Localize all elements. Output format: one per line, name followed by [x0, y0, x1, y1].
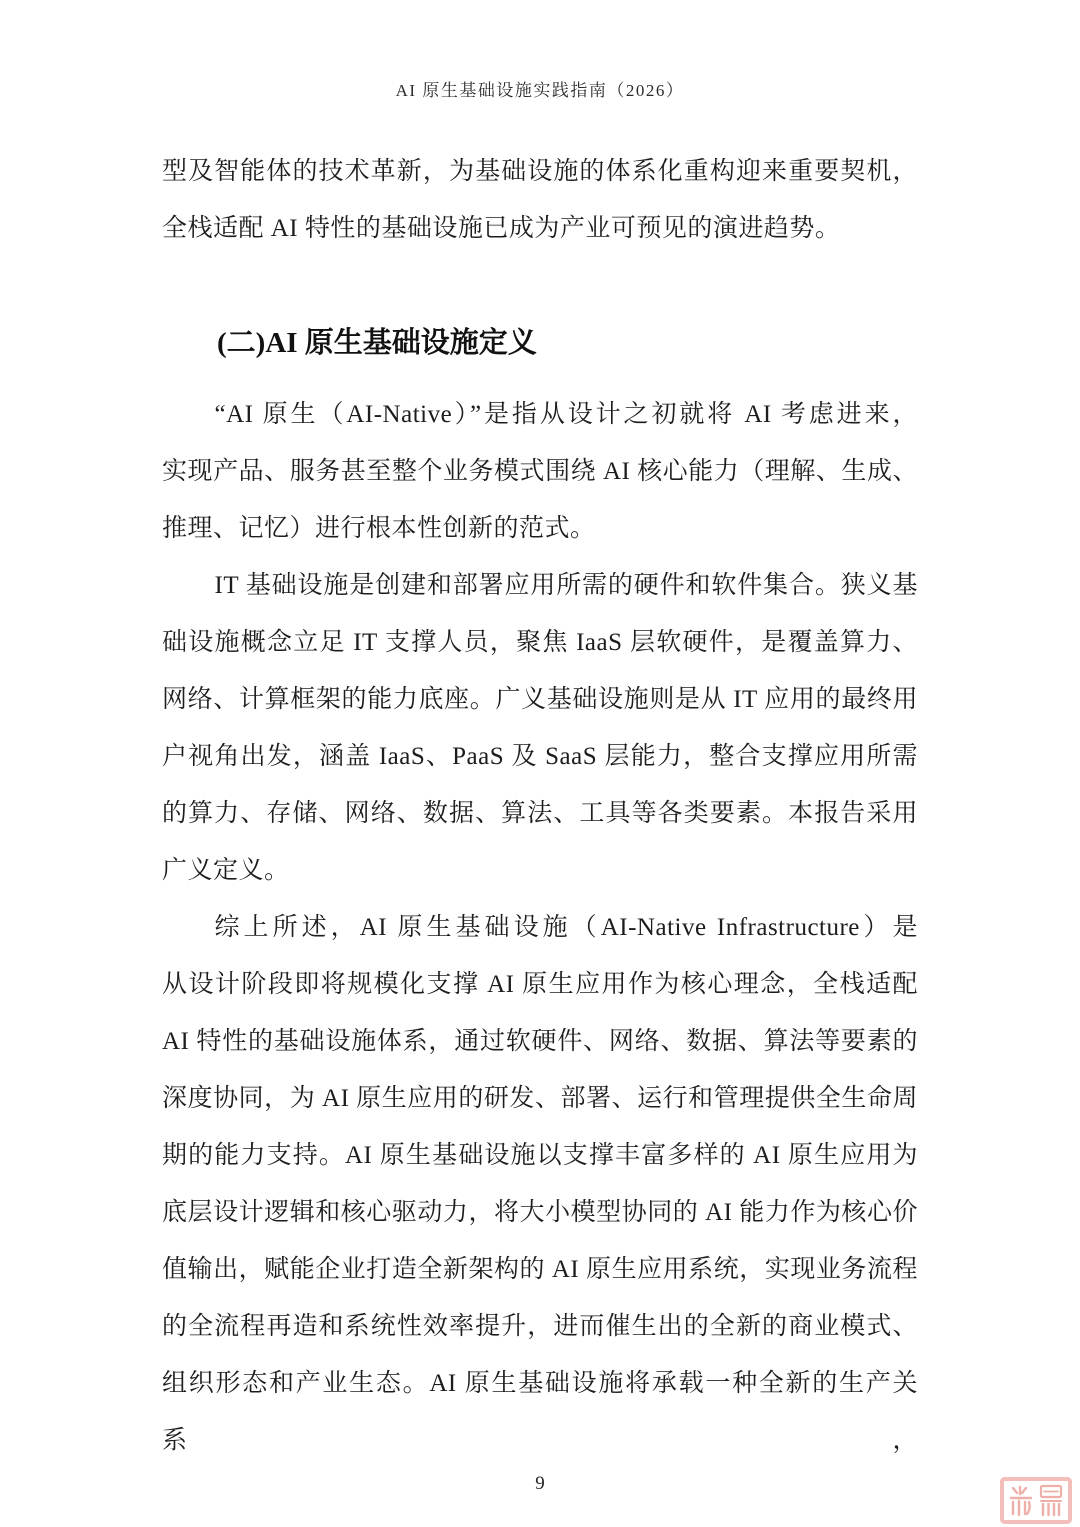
- text-line: 的全流程再造和系统性效率提升，进而催生出的全新的商业模式、: [162, 1298, 918, 1355]
- text-line: 期的能力支持。AI 原生基础设施以支撑丰富多样的 AI 原生应用为: [162, 1127, 918, 1184]
- text-line: 深度协同，为 AI 原生应用的研发、部署、运行和管理提供全生命周: [162, 1070, 918, 1127]
- document-content: 型及智能体的技术革新，为基础设施的体系化重构迎来重要契机，全栈适配 AI 特性的…: [162, 143, 918, 1469]
- text-line: 的算力、存储、网络、数据、算法、工具等各类要素。本报告采用: [162, 785, 918, 842]
- page-number: 9: [0, 1471, 1080, 1497]
- text-line: AI 特性的基础设施体系，通过软硬件、网络、数据、算法等要素的: [162, 1013, 918, 1070]
- paragraph: “AI 原生（AI-Native）”是指从设计之初就将 AI 考虑进来，实现产品…: [162, 386, 918, 557]
- text-line: 底层设计逻辑和核心驱动力，将大小模型协同的 AI 能力作为核心价: [162, 1184, 918, 1241]
- document-page: { "page": { "running_header": "AI 原生基础设施…: [0, 0, 1080, 1527]
- text-line: 网络、计算框架的能力底座。广义基础设施则是从 IT 应用的最终用: [162, 671, 918, 728]
- text-line: 从设计阶段即将规模化支撑 AI 原生应用作为核心理念，全栈适配: [162, 956, 918, 1013]
- text-line: 综上所述，AI 原生基础设施（AI-Native Infrastructure）…: [162, 899, 918, 956]
- paragraph: 综上所述，AI 原生基础设施（AI-Native Infrastructure）…: [162, 899, 918, 1469]
- text-line: 实现产品、服务甚至整个业务模式围绕 AI 核心能力（理解、生成、: [162, 443, 918, 500]
- text-line: 全栈适配 AI 特性的基础设施已成为产业可预见的演进趋势。: [162, 200, 918, 257]
- paragraph: 型及智能体的技术革新，为基础设施的体系化重构迎来重要契机，全栈适配 AI 特性的…: [162, 143, 918, 257]
- text-line: 广义定义。: [162, 842, 918, 899]
- text-line: 型及智能体的技术革新，为基础设施的体系化重构迎来重要契机，: [162, 143, 918, 200]
- text-line: “AI 原生（AI-Native）”是指从设计之初就将 AI 考虑进来，: [162, 386, 918, 443]
- text-line: 组织形态和产业生态。AI 原生基础设施将承载一种全新的生产关系，: [162, 1355, 918, 1469]
- running-header: AI 原生基础设施实践指南（2026）: [0, 0, 1080, 101]
- text-line: 值输出，赋能企业打造全新架构的 AI 原生应用系统，实现业务流程: [162, 1241, 918, 1298]
- text-line: IT 基础设施是创建和部署应用所需的硬件和软件集合。狭义基: [162, 557, 918, 614]
- seal-stamp-icon: [1000, 1477, 1072, 1524]
- text-line: 础设施概念立足 IT 支撑人员，聚焦 IaaS 层软硬件，是覆盖算力、: [162, 614, 918, 671]
- text-line: 户视角出发，涵盖 IaaS、PaaS 及 SaaS 层能力，整合支撑应用所需: [162, 728, 918, 785]
- paragraph: IT 基础设施是创建和部署应用所需的硬件和软件集合。狭义基础设施概念立足 IT …: [162, 557, 918, 899]
- text-line: 推理、记忆）进行根本性创新的范式。: [162, 500, 918, 557]
- section-heading: (二)AI 原生基础设施定义: [162, 315, 918, 372]
